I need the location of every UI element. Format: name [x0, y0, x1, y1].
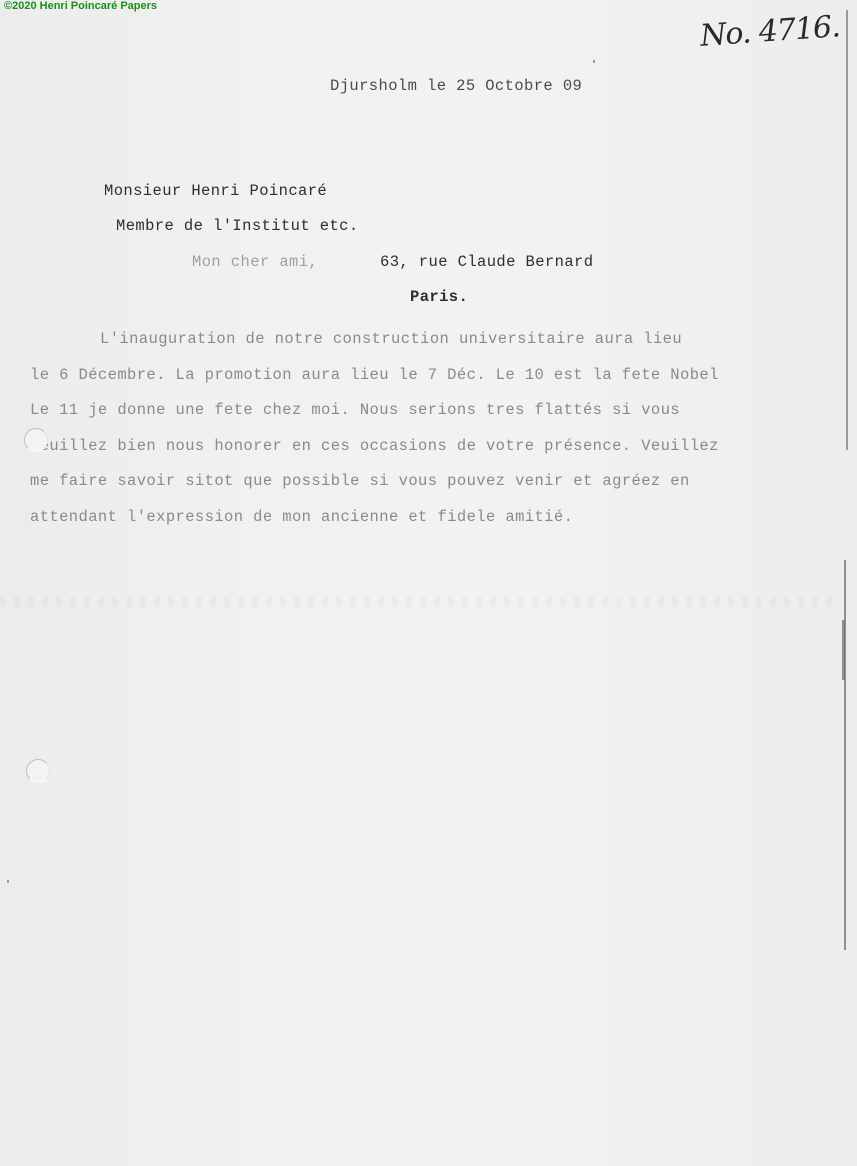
speck: [593, 60, 595, 63]
recipient-street: 63, rue Claude Bernard: [380, 253, 593, 271]
page-edge-mark: [842, 620, 845, 680]
recipient-title: Membre de l'Institut etc.: [116, 217, 359, 235]
punch-hole: [26, 759, 50, 783]
body-line: veuillez bien nous honorer en ces occasi…: [30, 437, 719, 455]
letter-page: ©2020 Henri Poincaré Papers No. 4716. Dj…: [0, 0, 857, 1166]
body-line: Le 11 je donne une fete chez moi. Nous s…: [30, 401, 680, 419]
page-edge: [846, 10, 848, 450]
recipient-city: Paris.: [410, 288, 468, 306]
body-line: me faire savoir sitot que possible si vo…: [30, 472, 690, 490]
speck: [7, 880, 9, 883]
copyright-watermark: ©2020 Henri Poincaré Papers: [4, 0, 157, 12]
punch-hole: [24, 428, 48, 452]
recipient-name: Monsieur Henri Poincaré: [104, 182, 327, 200]
body-line: attendant l'expression de mon ancienne e…: [30, 508, 573, 526]
salutation: Mon cher ami,: [192, 253, 318, 271]
body-line: L'inauguration de notre construction uni…: [100, 330, 682, 348]
document-number: No. 4716.: [699, 9, 841, 54]
dateline: Djursholm le 25 Octobre 09: [330, 77, 582, 95]
bleed-through-line: [0, 597, 840, 607]
body-line: le 6 Décembre. La promotion aura lieu le…: [30, 366, 719, 384]
page-edge: [844, 560, 846, 950]
